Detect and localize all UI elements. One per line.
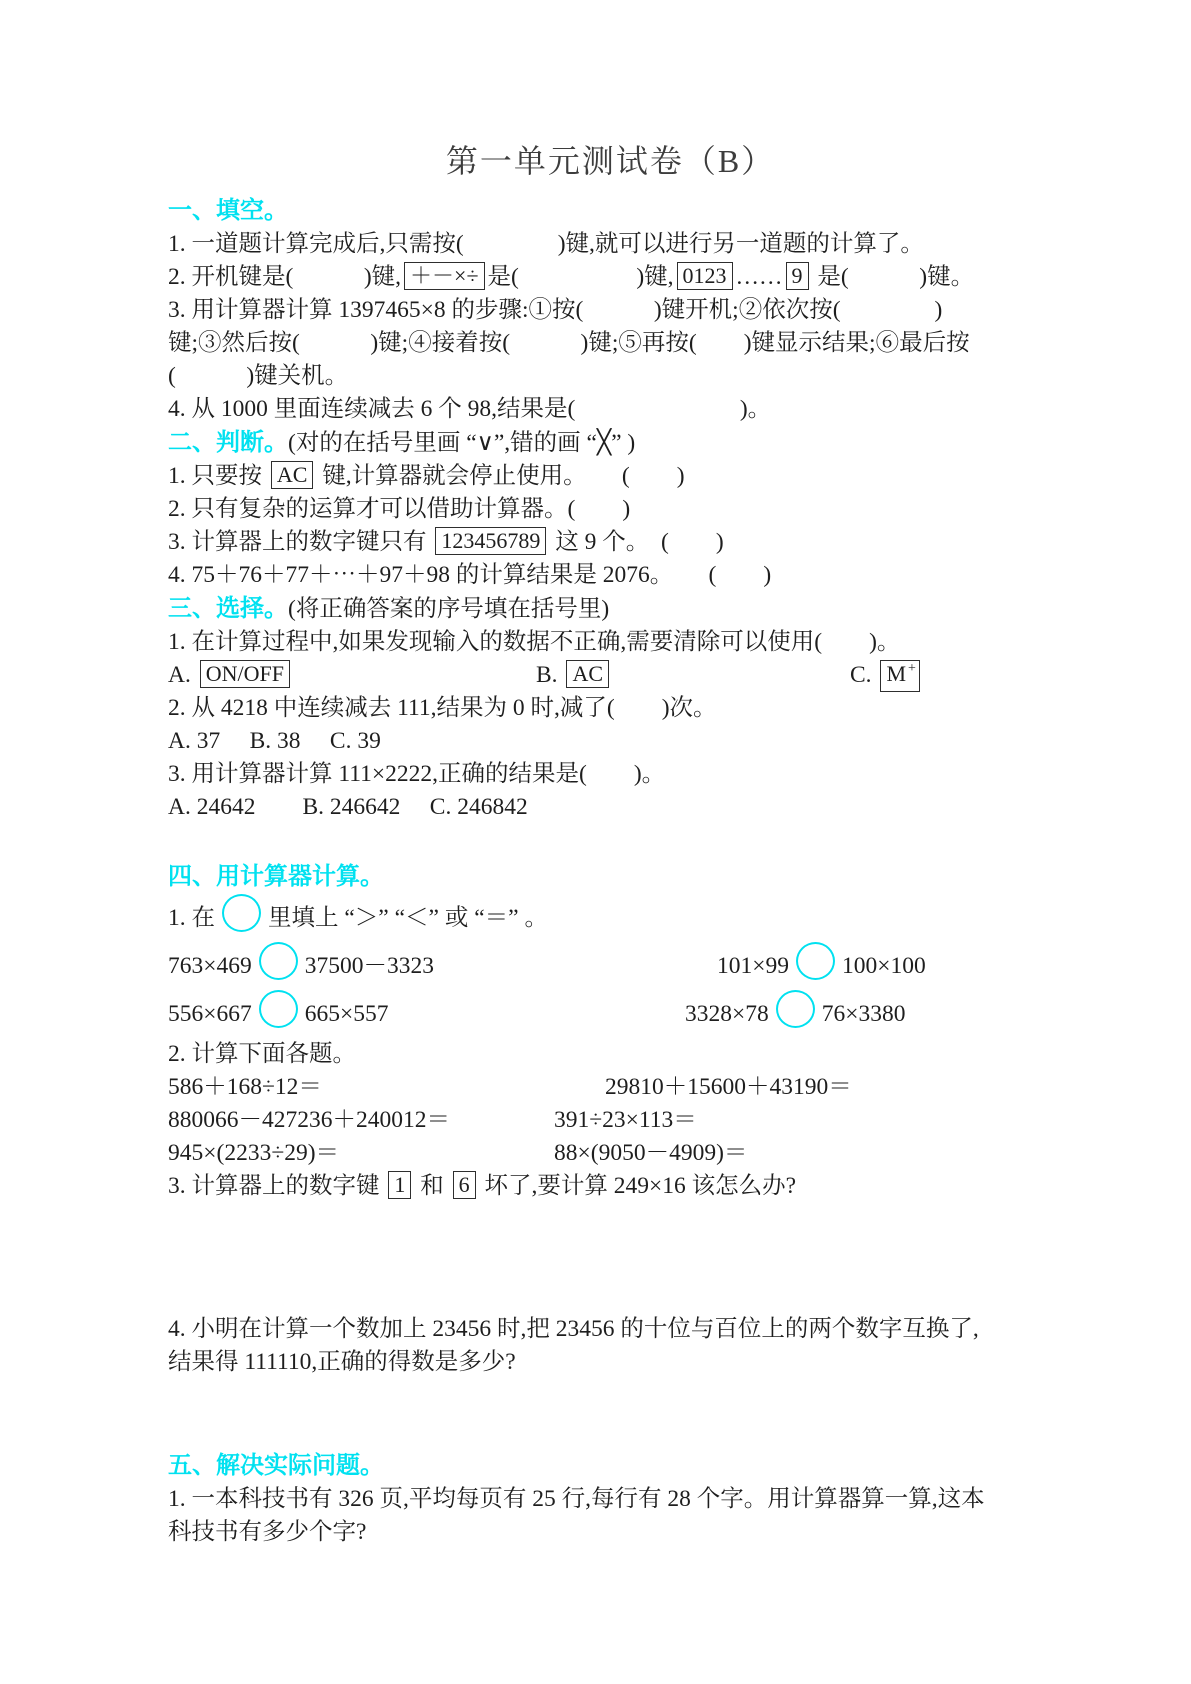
s3-q3: 3. 用计算器计算 111×2222,正确的结果是( )。 (168, 758, 1053, 791)
section-5-heading-row: 五、解决实际问题。 (168, 1449, 1053, 1483)
section-5-heading: 五、解决实际问题。 (168, 1452, 384, 1479)
s2-q1-text-1: 1. 只要按 (168, 463, 268, 489)
s2-q1-text-2: 键,计算器就会停止使用。 ( ) (316, 463, 684, 489)
option-c: C. M+ (850, 659, 923, 692)
s4-q3: 3. 计算器上的数字键 1 和 6 坏了,要计算 249×16 该怎么办? (168, 1170, 1053, 1203)
s2-q3-text-1: 3. 计算器上的数字键只有 (168, 529, 432, 555)
option-c-label: C. (850, 662, 877, 688)
key-box-ac: AC (271, 461, 314, 489)
compare-expr: 37500－3323 (305, 953, 434, 979)
s3-q1: 1. 在计算过程中,如果发现输入的数据不正确,需要清除可以使用( )。 (168, 626, 1053, 659)
s3-q1-options: A. ON/OFFB. ACC. M+ (168, 659, 1053, 692)
s1-q3-line-3: ( )键关机。 (168, 360, 1053, 393)
answer-circle (222, 894, 261, 932)
s2-q3: 3. 计算器上的数字键只有 123456789 这 9 个。 ( ) (168, 526, 1053, 559)
option-a: A. ON/OFF (168, 662, 293, 688)
s4-q3-text-2: 和 (414, 1173, 449, 1199)
calc-expr-left: 586＋168÷12＝ (168, 1074, 322, 1100)
s1-q2-text-1: 2. 开机键是( )键, (168, 264, 401, 290)
key-box-operators: ＋－×÷ (404, 262, 484, 290)
calc-row-a: 586＋168÷12＝29810＋15600＋43190＝ (168, 1071, 1053, 1104)
compare-expr: 101×99 (717, 953, 789, 979)
s1-q2-ellipsis: …… (736, 264, 783, 290)
compare-expr: 100×100 (842, 953, 926, 979)
s4-q1-text-1: 1. 在 (168, 905, 215, 931)
s2-q1: 1. 只要按 AC 键,计算器就会停止使用。 ( ) (168, 460, 1053, 493)
key-box-digit-9: 9 (786, 262, 809, 290)
calc-expr-left: 945×(2233÷29)＝ (168, 1140, 339, 1166)
section-4-heading: 四、用计算器计算。 (168, 863, 384, 890)
section-3-note: (将正确答案的序号填在括号里) (288, 596, 609, 622)
s4-q4-line-1: 4. 小明在计算一个数加上 23456 时,把 23456 的十位与百位上的两个… (168, 1313, 1053, 1346)
section-2-heading-row: 二、判断。(对的在括号里画 “∨”,错的画 “╳” ) (168, 426, 1053, 460)
s3-q2-options: A. 37 B. 38 C. 39 (168, 725, 1053, 758)
s1-q3-line-1: 3. 用计算器计算 1397465×8 的步骤:①按( )键开机;②依次按( ) (168, 294, 1053, 327)
compare-row-1: 763×46937500－3323101×99100×100 (168, 942, 1053, 990)
key-label-m: M (886, 661, 906, 686)
calc-row-b: 880066－427236＋240012＝391÷23×113＝ (168, 1104, 1053, 1137)
s4-q3-text-1: 3. 计算器上的数字键 (168, 1173, 385, 1199)
answer-circle (259, 990, 298, 1028)
answer-circle (796, 942, 835, 980)
compare-item-left: 763×46937500－3323 (168, 953, 434, 979)
s4-q3-text-3: 坏了,要计算 249×16 该怎么办? (479, 1173, 796, 1199)
s2-q3-text-2: 这 9 个。 ( ) (549, 529, 723, 555)
option-b: B. AC (536, 659, 612, 692)
test-paper-page: 第一单元测试卷（B） 一、填空。 1. 一道题计算完成后,只需按( )键,就可以… (0, 0, 1191, 1684)
compare-item-right: 3328×7876×3380 (685, 990, 906, 1038)
section-2-heading: 二、判断。 (168, 429, 288, 456)
s1-q3-line-2: 键;③然后按( )键;④接着按( )键;⑤再按( )键显示结果;⑥最后按 (168, 327, 1053, 360)
section-4-heading-row: 四、用计算器计算。 (168, 860, 1053, 894)
key-box-ac: AC (566, 660, 609, 688)
s2-q2: 2. 只有复杂的运算才可以借助计算器。( ) (168, 493, 1053, 526)
s1-q2-text-3: 是( )键。 (812, 264, 975, 290)
option-b-label: B. (536, 662, 563, 688)
compare-expr: 763×469 (168, 953, 252, 979)
option-a-label: A. (168, 662, 197, 688)
s1-q2-text-2: 是( )键, (488, 264, 674, 290)
compare-item-right: 101×99100×100 (717, 942, 926, 990)
section-2-note: (对的在括号里画 “∨”,错的画 “╳” ) (288, 430, 635, 456)
s2-q4: 4. 75＋76＋77＋⋯＋97＋98 的计算结果是 2076。 ( ) (168, 559, 1053, 592)
compare-expr: 665×557 (305, 1001, 389, 1027)
key-box-digit-6: 6 (453, 1171, 476, 1199)
key-box-on-off: ON/OFF (200, 660, 290, 688)
compare-expr: 76×3380 (822, 1001, 906, 1027)
key-box-digits-123456789: 123456789 (435, 527, 546, 555)
s4-q1-text-2: 里填上 “＞” “＜” 或 “＝” 。 (268, 905, 548, 931)
s4-q4-line-2: 结果得 111110,正确的得数是多少? (168, 1346, 1053, 1379)
key-sup-plus: + (908, 661, 916, 676)
compare-row-2: 556×667665×5573328×7876×3380 (168, 990, 1053, 1038)
key-box-digit-1: 1 (388, 1171, 411, 1199)
s3-q3-options: A. 24642 B. 246642 C. 246842 (168, 791, 1053, 824)
s4-q1: 1. 在里填上 “＞” “＜” 或 “＝” 。 (168, 894, 1053, 942)
s4-q2: 2. 计算下面各题。 (168, 1038, 1053, 1071)
compare-expr: 3328×78 (685, 1001, 769, 1027)
key-box-m-plus: M+ (880, 660, 919, 692)
section-1-heading: 一、填空。 (168, 197, 288, 224)
section-1-heading-row: 一、填空。 (168, 194, 1053, 228)
compare-item-left: 556×667665×557 (168, 1001, 389, 1027)
s1-q2: 2. 开机键是( )键,＋－×÷是( )键,0123……9 是( )键。 (168, 261, 1053, 294)
s1-q1: 1. 一道题计算完成后,只需按( )键,就可以进行另一道题的计算了。 (168, 228, 1053, 261)
s1-q4: 4. 从 1000 里面连续减去 6 个 98,结果是( )。 (168, 393, 1053, 426)
calc-row-c: 945×(2233÷29)＝88×(9050－4909)＝ (168, 1137, 1053, 1170)
key-box-digits-0123: 0123 (677, 262, 733, 290)
section-3-heading-row: 三、选择。(将正确答案的序号填在括号里) (168, 592, 1053, 626)
s3-q2: 2. 从 4218 中连续减去 111,结果为 0 时,减了( )次。 (168, 692, 1053, 725)
page-title: 第一单元测试卷（B） (168, 138, 1053, 184)
calc-expr-right: 29810＋15600＋43190＝ (605, 1071, 852, 1104)
answer-circle (776, 990, 815, 1028)
calc-expr-left: 880066－427236＋240012＝ (168, 1107, 450, 1133)
answer-circle (259, 942, 298, 980)
compare-expr: 556×667 (168, 1001, 252, 1027)
section-3-heading: 三、选择。 (168, 595, 288, 622)
s5-q1-line-2: 科技书有多少个字? (168, 1516, 1053, 1549)
calc-expr-right: 391÷23×113＝ (554, 1104, 697, 1137)
calc-expr-right: 88×(9050－4909)＝ (554, 1137, 747, 1170)
s5-q1-line-1: 1. 一本科技书有 326 页,平均每页有 25 行,每行有 28 个字。用计算… (168, 1483, 1053, 1516)
